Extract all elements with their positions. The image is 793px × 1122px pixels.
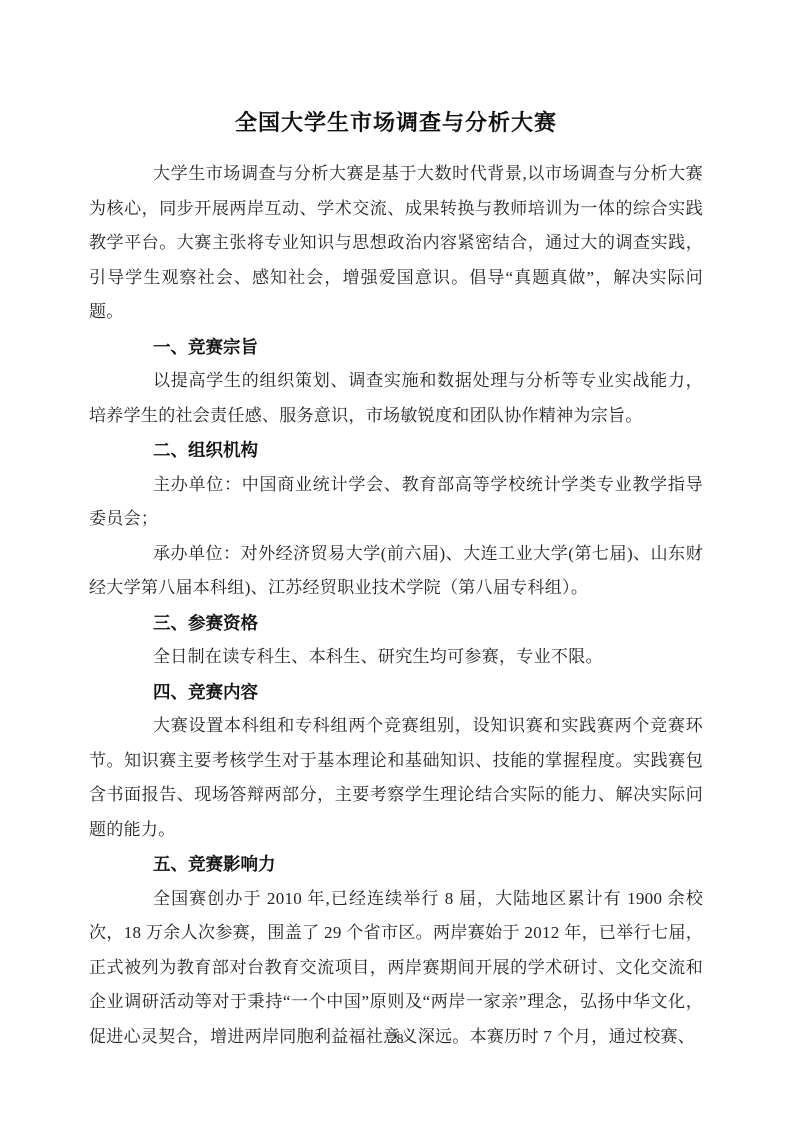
document-page: 全国大学生市场调查与分析大赛 大学生市场调查与分析大赛是基于大数时代背景,以市场…: [0, 0, 793, 1122]
section-heading: 二、组织机构: [89, 433, 703, 468]
document-content: 全国大学生市场调查与分析大赛 大学生市场调查与分析大赛是基于大数时代背景,以市场…: [89, 105, 703, 1054]
section-heading: 三、参赛资格: [89, 606, 703, 641]
body-paragraph: 以提高学生的组织策划、调查实施和数据处理与分析等专业实战能力，培养学生的社会责任…: [89, 364, 703, 433]
section-heading: 四、竞赛内容: [89, 675, 703, 710]
section-heading: 五、竞赛影响力: [89, 847, 703, 882]
body-paragraph: 全国赛创办于 2010 年,已经连续举行 8 届，大陆地区累计有 1900 余校…: [89, 882, 703, 1055]
body-paragraph: 大赛设置本科组和专科组两个竞赛组别，设知识赛和实践赛两个竞赛环节。知识赛主要考核…: [89, 709, 703, 847]
document-body: 大学生市场调查与分析大赛是基于大数时代背景,以市场调查与分析大赛为核心，同步开展…: [89, 157, 703, 1054]
body-paragraph: 大学生市场调查与分析大赛是基于大数时代背景,以市场调查与分析大赛为核心，同步开展…: [89, 157, 703, 330]
section-heading: 一、竞赛宗旨: [89, 330, 703, 365]
document-title: 全国大学生市场调查与分析大赛: [89, 105, 703, 141]
body-paragraph: 全日制在读专科生、本科生、研究生均可参赛，专业不限。: [89, 640, 703, 675]
body-paragraph: 承办单位：对外经济贸易大学(前六届)、大连工业大学(第七届)、山东财经大学第八届…: [89, 537, 703, 606]
page-number: 28: [0, 1032, 793, 1048]
body-paragraph: 主办单位：中国商业统计学会、教育部高等学校统计学类专业教学指导委员会；: [89, 468, 703, 537]
